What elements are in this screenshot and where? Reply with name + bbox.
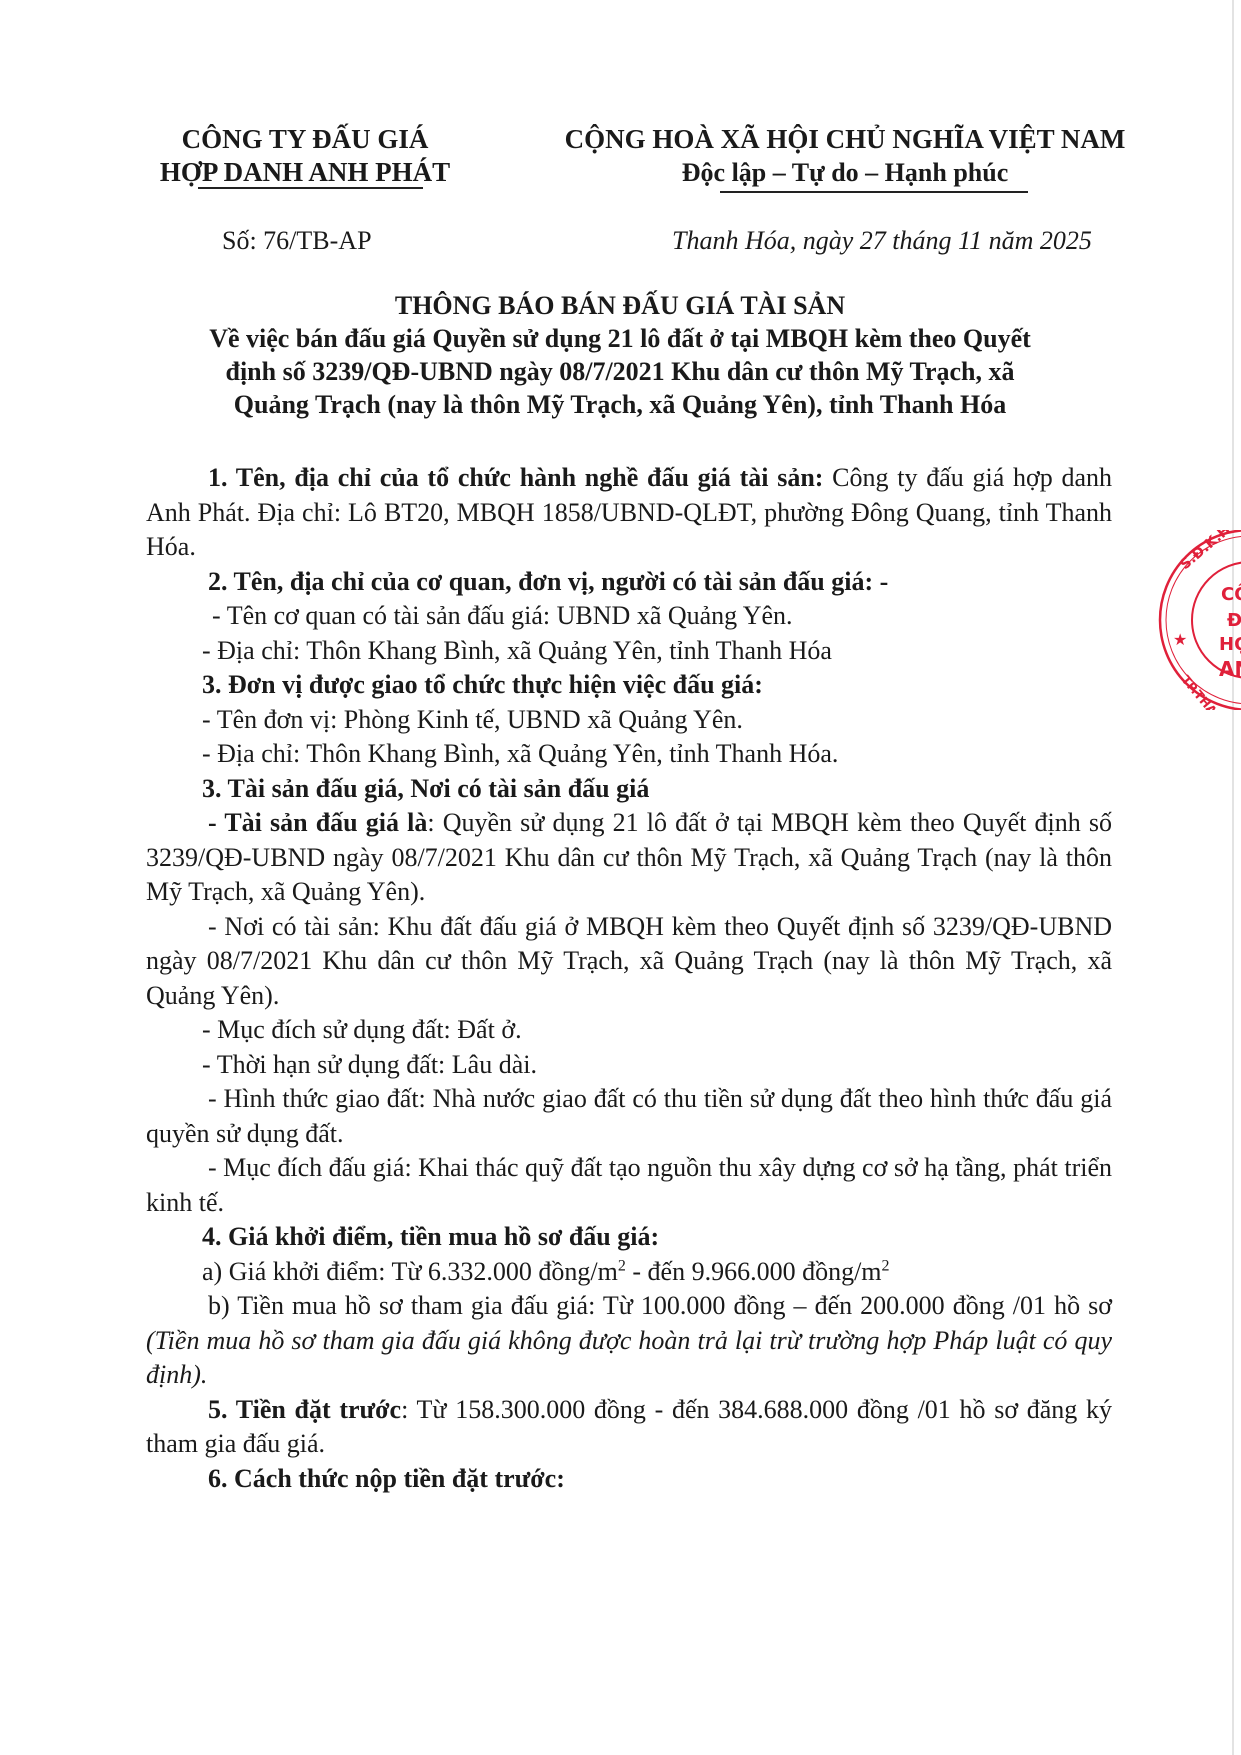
sup-2: 2 [882, 1257, 890, 1274]
dossier-fee-note: (Tiền mua hồ sơ tham gia đấu giá không đ… [146, 1326, 1112, 1390]
stamp-star: ★ [1173, 630, 1187, 649]
title-sub-line3: Quảng Trạch (nay là thôn Mỹ Trạch, xã Qu… [150, 388, 1090, 421]
asset-label: - Tài sản đấu giá là [208, 808, 427, 837]
section-4-heading: 4. Giá khởi điểm, tiền mua hồ sơ đấu giá… [146, 1220, 1112, 1255]
section-2-heading-text: 2. Tên, địa chỉ của cơ quan, đơn vị, ngư… [208, 567, 888, 596]
section-3b-land-use-purpose: - Mục đích sử dụng đất: Đất ở. [146, 1013, 1112, 1048]
national-header: CỘNG HOÀ XÃ HỘI CHỦ NGHĨA VIỆT NAM Độc l… [520, 123, 1170, 189]
issuer-name-line2: HỢP DANH ANH PHÁT [150, 156, 460, 189]
section-2-heading: 2. Tên, địa chỉ của cơ quan, đơn vị, ngư… [146, 565, 1112, 600]
section-3b-allocation-form: - Hình thức giao đất: Nhà nước giao đất … [146, 1082, 1112, 1151]
stamp-inner-1: CÔ [1221, 583, 1241, 605]
motto-underline [720, 191, 1028, 193]
company-seal-stamp: S.Đ.K.H ★ TP.THANH CÔ Đ HỢ AN [1155, 530, 1241, 710]
title-sub-line2: định số 3239/QĐ-UBND ngày 08/7/2021 Khu … [150, 355, 1090, 388]
section-3b-auction-purpose: - Mục đích đấu giá: Khai thác quỹ đất tạ… [146, 1151, 1112, 1220]
stamp-inner-4: AN [1219, 657, 1241, 681]
title-sub-line1: Về việc bán đấu giá Quyền sử dụng 21 lô … [150, 322, 1090, 355]
section-1: 1. Tên, địa chỉ của tổ chức hành nghề đấ… [146, 461, 1112, 565]
section-3a-item-1: - Tên đơn vị: Phòng Kinh tế, UBND xã Quả… [146, 703, 1112, 738]
section-1-heading: 1. Tên, địa chỉ của tổ chức hành nghề đấ… [208, 463, 823, 492]
section-3b-heading-text: 3. Tài sản đấu giá, Nơi có tài sản đấu g… [202, 774, 649, 803]
dossier-fee-text: b) Tiền mua hồ sơ tham gia đấu giá: Từ 1… [208, 1291, 1112, 1320]
document-number: Số: 76/TB-AP [222, 226, 372, 256]
sup-1: 2 [618, 1257, 626, 1274]
stamp-inner-3: HỢ [1219, 634, 1241, 655]
page-edge [1232, 0, 1234, 1755]
document-body: 1. Tên, địa chỉ của tổ chức hành nghề đấ… [146, 461, 1112, 1496]
section-3b-asset: - Tài sản đấu giá là: Quyền sử dụng 21 l… [146, 806, 1112, 910]
issuer-underline [198, 187, 423, 189]
section-5-heading: 5. Tiền đặt trước [208, 1395, 401, 1424]
section-3b-heading: 3. Tài sản đấu giá, Nơi có tài sản đấu g… [146, 772, 1112, 807]
place-date: Thanh Hóa, ngày 27 tháng 11 năm 2025 [672, 226, 1092, 256]
section-3b-land-use-term: - Thời hạn sử dụng đất: Lâu dài. [146, 1048, 1112, 1083]
title-main: THÔNG BÁO BÁN ĐẤU GIÁ TÀI SẢN [150, 289, 1090, 322]
section-4-heading-text: 4. Giá khởi điểm, tiền mua hồ sơ đấu giá… [202, 1222, 659, 1251]
document-title: THÔNG BÁO BÁN ĐẤU GIÁ TÀI SẢN Về việc bá… [150, 289, 1090, 421]
section-3a-heading-text: 3. Đơn vị được giao tổ chức thực hiện vi… [202, 670, 763, 699]
section-5: 5. Tiền đặt trước: Từ 158.300.000 đồng -… [146, 1393, 1112, 1462]
issuer-name-line1: CÔNG TY ĐẤU GIÁ [150, 123, 460, 156]
starting-price-from: a) Giá khởi điểm: Từ 6.332.000 đồng/m [202, 1257, 618, 1286]
stamp-inner-2: Đ [1227, 610, 1241, 631]
section-3b-location: - Nơi có tài sản: Khu đất đấu giá ở MBQH… [146, 910, 1112, 1014]
section-4-starting-price: a) Giá khởi điểm: Từ 6.332.000 đồng/m2 -… [146, 1255, 1112, 1290]
section-6-heading-text: 6. Cách thức nộp tiền đặt trước: [208, 1464, 565, 1493]
section-2-item-2: - Địa chỉ: Thôn Khang Bình, xã Quảng Yên… [146, 634, 1112, 669]
section-2-item-1: - Tên cơ quan có tài sản đấu giá: UBND x… [146, 599, 1112, 634]
issuer-header: CÔNG TY ĐẤU GIÁ HỢP DANH ANH PHÁT [150, 123, 460, 189]
section-6-heading: 6. Cách thức nộp tiền đặt trước: [146, 1462, 1112, 1497]
section-4-dossier-fee: b) Tiền mua hồ sơ tham gia đấu giá: Từ 1… [146, 1289, 1112, 1393]
national-title: CỘNG HOÀ XÃ HỘI CHỦ NGHĨA VIỆT NAM [520, 123, 1170, 156]
section-3a-heading: 3. Đơn vị được giao tổ chức thực hiện vi… [146, 668, 1112, 703]
starting-price-to: - đến 9.966.000 đồng/m [626, 1257, 882, 1286]
national-motto: Độc lập – Tự do – Hạnh phúc [520, 156, 1170, 189]
section-3a-item-2: - Địa chỉ: Thôn Khang Bình, xã Quảng Yên… [146, 737, 1112, 772]
